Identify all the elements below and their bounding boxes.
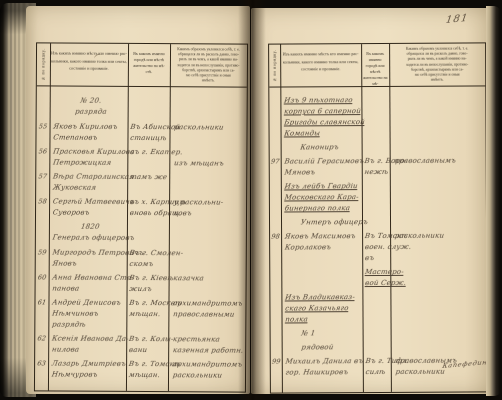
- manner-cell: [390, 291, 486, 325]
- entry-line: архимандритомъ: [172, 298, 246, 309]
- header-col-number: № по порядку.: [269, 45, 280, 87]
- entry-line: Мастеро-: [364, 267, 391, 278]
- entry-line: Изъ 9 пѣхотнаго: [283, 95, 362, 106]
- residence-cell: [128, 96, 170, 118]
- entry-line: Королаковъ: [284, 242, 363, 253]
- table-row: 55Яковъ КириловъСтепановъВъ Абинскойстан…: [36, 121, 246, 144]
- entry-line: раскольники: [174, 122, 247, 133]
- name-cell: Сергѣй МатвеевичъСуворовъ: [49, 196, 127, 218]
- entry-line: скомъ: [129, 259, 171, 270]
- name-cell: Андрей ДенисовъНѣмчиновъразрядѣ: [48, 297, 126, 330]
- entry-line: Мяновъ: [284, 167, 363, 178]
- entry-line: раскольники: [172, 370, 247, 381]
- name-cell: Яковъ МаксимовъКоролаковъ: [281, 231, 362, 264]
- name-cell: Михаилъ Данила въгор. Нашкировъ: [282, 356, 363, 378]
- entry-line: мѣщан.: [128, 370, 170, 381]
- residence-cell: въ г. Екатер.: [127, 147, 169, 169]
- header-col-names: Изъ какихъ имянно мѣстъ кто именно рас-к…: [280, 44, 361, 86]
- row-number-cell: 59: [36, 247, 49, 269]
- rank-label: Канониръ: [270, 141, 486, 153]
- table-row: 63Лазарь ДмитріевъНѣмчуровъВъ г. Томскѣм…: [35, 358, 245, 381]
- header-line: имѣетъ.: [170, 78, 247, 84]
- entry-line: Въ г. Воро-: [364, 156, 391, 167]
- entry-line: Андрей Денисовъ: [51, 297, 128, 308]
- table-row: 56Прасковья КириловаПетрожицкаявъ г. Ека…: [36, 146, 246, 169]
- table-row: 58Сергѣй МатвеевичъСуворовъвъ х. Карпицѣ…: [36, 196, 246, 219]
- entry-line: тамъ же: [129, 172, 171, 183]
- manner-cell: казачка: [169, 273, 246, 295]
- name-cell: Изъ лейбъ ГвардіиМосковскаго Кара-бинерн…: [281, 181, 362, 214]
- table-body: № 20.разряда55Яковъ КириловъСтепановъВъ …: [35, 86, 247, 391]
- row-number: 58: [35, 196, 50, 207]
- table-row: 97Василій ГерасимовъМяновъВъ г. Воро-неж…: [270, 155, 486, 178]
- residence-cell: Въ Абинскойстаницѣ: [127, 122, 169, 144]
- entry-line: Канониръ: [284, 142, 363, 153]
- entry-line: Жуковская: [52, 182, 129, 193]
- name-cell: Ксенія Иванова Да-нилова: [48, 333, 126, 355]
- table-row: 62Ксенія Иванова Да-ниловаВъ г. Колы-ван…: [35, 333, 245, 356]
- manner-cell: православнымъ: [390, 155, 486, 178]
- entry-line: Яновъ: [52, 258, 129, 269]
- entry-line: Ксенія Иванова Да-: [51, 333, 128, 344]
- entry-line: православными: [172, 309, 246, 320]
- residence-cell: Въ Томскѣвоен. служ.въ: [362, 231, 390, 264]
- entry-line: вновь обращ.: [129, 208, 171, 219]
- residence-cell: Въ г. Кіевѣжилъ: [127, 273, 169, 295]
- row-number-cell: [269, 96, 280, 140]
- entry-line: Яковъ Кириловъ: [53, 121, 130, 132]
- entry-line: изъ мѣщанъ: [173, 158, 246, 169]
- name-cell: Канониръ: [281, 142, 362, 153]
- header-line: жительство на мѣ-: [361, 75, 389, 86]
- header-col-residence: Въ какомъ имянногородѣ или мѣстѣжительст…: [128, 44, 170, 86]
- entry-line: Въ г. Москвѣ: [128, 298, 170, 309]
- row-number-cell: 63: [35, 358, 48, 380]
- rank-label: № 1: [271, 327, 487, 339]
- left-page: № по порядку.Изъ какихъ имянно мѣстъ кто…: [26, 6, 250, 394]
- manner-cell: [389, 94, 485, 139]
- residence-cell: Мастеро-вой Серж.: [362, 267, 390, 289]
- entry-line: бинернаго полка: [284, 203, 363, 214]
- entry-line: разряда: [53, 106, 130, 117]
- row-number-cell: 57: [36, 171, 49, 193]
- margin-note: Мастеро-вой Серж.: [270, 266, 486, 289]
- unit-heading: Изъ 9 пѣхотнагокорпуса 6 сапернойБригады…: [269, 94, 485, 139]
- entry-line: въ х. Карпицѣ: [129, 197, 171, 208]
- table-row: 57Вѣра СтаролинскаяЖуковскаятамъ же: [36, 171, 246, 194]
- name-cell: Изъ Владикавказ-скаго Казачьягополка: [281, 292, 362, 325]
- table-header: № по порядку.Изъ какихъ имянно мѣстъ кто…: [269, 43, 485, 87]
- entry-line: 1820: [52, 221, 129, 232]
- name-cell: № 20.разряда: [50, 95, 128, 117]
- entry-line: Въ г. Смолен-: [129, 248, 171, 259]
- unit-heading: Изъ Владикавказ-скаго Казачьягополка: [270, 291, 486, 325]
- entry-line: Бригады славянской: [284, 117, 363, 128]
- entry-line: силѣ: [365, 367, 392, 378]
- rank-label: рядовой: [271, 341, 487, 353]
- manner-cell: архимандритомъправославными: [168, 298, 245, 331]
- unit-heading: Изъ лейбъ ГвардіиМосковскаго Кара-бинерн…: [270, 180, 486, 214]
- header-line: имѣетъ.: [389, 78, 485, 84]
- residence-cell: Въ г. Тифл.силѣ: [363, 356, 391, 378]
- name-cell: Прасковья КириловаПетрожицкая: [49, 146, 127, 168]
- entry-line: въ: [364, 253, 391, 264]
- header-line: Въ какомъ имянно: [361, 51, 389, 63]
- row-number: 62: [35, 333, 49, 344]
- row-number-cell: 98: [270, 232, 281, 265]
- row-number: 99: [270, 357, 282, 368]
- header-col-names: Изъ какихъ имянно мѣстъ кто именно рас-к…: [50, 43, 128, 85]
- residence-cell: Въ г. Томскѣмѣщан.: [126, 359, 168, 381]
- row-number-cell: 61: [35, 297, 48, 330]
- residence-cell: [363, 328, 391, 339]
- name-cell: рядовой: [282, 342, 363, 353]
- entry-line: Яковъ Максимовъ: [284, 231, 363, 242]
- row-number-cell: [270, 293, 281, 326]
- row-number: 56: [36, 146, 51, 157]
- book-gutter-shadow: [238, 0, 266, 400]
- row-number-cell: [270, 268, 281, 290]
- residence-cell: тамъ же: [127, 172, 169, 194]
- entry-line: Въ г. Колы-: [128, 334, 170, 345]
- row-number-cell: [270, 143, 281, 154]
- right-page-edge: [486, 6, 502, 396]
- entry-line: ковъ: [173, 208, 247, 219]
- manner-cell: [390, 216, 486, 228]
- entry-line: воен. служ.: [364, 242, 391, 253]
- entry-line: Въ г. Кіевѣ: [129, 273, 171, 284]
- row-number-cell: 55: [36, 121, 49, 143]
- entry-line: раскольники: [394, 230, 487, 241]
- entry-line: разрядѣ: [51, 319, 128, 330]
- page-number: 181: [445, 13, 469, 26]
- name-cell: Унтеръ офицеръ: [281, 217, 362, 228]
- entry-line: № 1: [285, 328, 364, 339]
- entry-line: Михаилъ Данила въ: [285, 356, 364, 367]
- manner-cell: крестьянкаказенная работн.: [168, 334, 245, 356]
- row-number: 63: [35, 358, 49, 369]
- entry-line: Нѣмчуровъ: [51, 369, 128, 380]
- entry-line: Унтеръ офицеръ: [284, 217, 363, 228]
- entry-line: православнымъ: [394, 155, 487, 166]
- row-number-cell: 56: [36, 146, 49, 168]
- entry-line: Миргородъ Петровичъ: [52, 247, 129, 258]
- header-line: состояніе и прозваніе.: [50, 64, 128, 72]
- entry-line: крестьянка: [172, 334, 247, 345]
- name-cell: Василій ГерасимовъМяновъ: [281, 156, 362, 178]
- entry-line: Московскаго Кара-: [284, 192, 363, 203]
- header-line: состояніе и прозваніе.: [280, 65, 361, 73]
- row-number-cell: [270, 182, 281, 215]
- entry-line: мѣщан.: [128, 309, 170, 320]
- row-number: 61: [35, 297, 49, 308]
- entry-line: казачка: [173, 273, 247, 284]
- manner-cell: раскольники: [169, 122, 246, 144]
- entry-line: нежѣ: [364, 167, 391, 178]
- header-col-manner: Какимъ образомъ уклонился себѣ, т. е.обр…: [170, 44, 247, 86]
- entry-line: скаго Казачьяго: [285, 303, 364, 314]
- residence-cell: [363, 342, 391, 353]
- manner-cell: [390, 141, 486, 153]
- entry-line: Въ г. Томскѣ: [128, 359, 170, 370]
- left-register-table: № по порядку.Изъ какихъ имянно мѣстъ кто…: [34, 42, 248, 392]
- entry-line: Изъ Владикавказ-: [284, 292, 363, 303]
- row-number-cell: [36, 221, 49, 243]
- entry-line: казенная работн.: [172, 345, 247, 356]
- header-line: Изъ какихъ имянно мѣстъ кто именно рас-: [280, 50, 361, 58]
- row-number-cell: 97: [270, 157, 281, 179]
- entry-line: гор. Нашкировъ: [285, 367, 364, 378]
- name-cell: [281, 267, 362, 289]
- name-cell: № 1: [282, 328, 363, 339]
- entry-line: рядовой: [285, 342, 364, 353]
- residence-cell: Въ г. Смолен-скомъ: [127, 248, 169, 270]
- name-cell: Изъ 9 пѣхотнагокорпуса 6 сапернойБригады…: [280, 95, 361, 139]
- header-col-residence: Въ какомъ имянногородѣ или мѣстѣжительст…: [361, 44, 389, 86]
- residence-cell: [362, 181, 390, 214]
- row-number-cell: [271, 329, 282, 340]
- entry-line: жилъ: [129, 284, 171, 295]
- entry-line: у раскольни-: [173, 197, 247, 208]
- entry-line: Петрожицкая: [52, 157, 129, 168]
- residence-cell: [362, 292, 390, 325]
- manner-cell: [170, 96, 247, 118]
- entry-line: Василій Герасимовъ: [284, 156, 363, 167]
- table-row: 60Анна Ивановна Сте-пановаВъ г. Кіевѣжил…: [36, 272, 246, 295]
- manner-cell: архимандритомъраскольники: [168, 359, 245, 381]
- residence-cell: [361, 95, 389, 139]
- entry-line: Суворовъ: [52, 207, 129, 218]
- row-number-cell: 58: [36, 196, 49, 218]
- name-cell: Вѣра СтаролинскаяЖуковская: [49, 171, 127, 193]
- entry-line: Команды: [284, 128, 363, 139]
- row-number-cell: 60: [36, 272, 49, 294]
- entry-line: нилова: [51, 344, 128, 355]
- rank-label: Унтеръ офицеръ: [270, 216, 486, 228]
- entry-line: полка: [285, 314, 364, 325]
- entry-line: Изъ лейбъ Гвардіи: [284, 181, 363, 192]
- manner-cell: [169, 172, 246, 194]
- table-row: 59Миргородъ ПетровичъЯновъВъ г. Смолен-с…: [36, 247, 246, 270]
- header-col-number: № по порядку.: [37, 43, 50, 85]
- manner-cell: [169, 222, 246, 244]
- section-heading: № 20.разряда: [37, 95, 247, 118]
- right-page: 181 № по порядку.Изъ какихъ имянно мѣстъ…: [251, 8, 494, 394]
- row-number: 59: [35, 247, 50, 258]
- entry-line: вой Серж.: [364, 278, 391, 289]
- entry-line: архимандритомъ: [172, 359, 247, 370]
- row-number-cell: 99: [271, 357, 282, 379]
- residence-cell: Въ г. Москвѣмѣщан.: [126, 298, 168, 331]
- entry-line: Въ г. Тифл.: [365, 356, 392, 367]
- row-number: 57: [35, 171, 50, 182]
- residence-cell: Въ г. Колы-вани: [126, 334, 168, 356]
- entry-line: вани: [128, 345, 170, 356]
- right-register-table: № по порядку.Изъ какихъ имянно мѣстъ кто…: [268, 42, 488, 393]
- entry-line: Степановъ: [52, 132, 129, 143]
- residence-cell: Въ г. Воро-нежѣ: [362, 156, 390, 178]
- table-header: № по порядку.Изъ какихъ имянно мѣстъ кто…: [37, 43, 247, 87]
- manner-cell: [390, 180, 486, 214]
- entry-line: № 20.: [53, 95, 130, 106]
- entry-line: корпуса 6 саперной: [283, 106, 362, 117]
- header-line: Изъ какихъ имянно мѣстъ кто именно рас-: [50, 49, 128, 57]
- manner-cell: [391, 327, 487, 339]
- entry-line: Сергѣй Матвеевичъ: [52, 196, 129, 207]
- manner-cell: у раскольни-ковъ: [169, 197, 246, 219]
- row-number: 97: [269, 157, 281, 168]
- scanned-book-photo: № по порядку.Изъ какихъ имянно мѣстъ кто…: [0, 0, 502, 400]
- entry-line: Нѣмчиновъ: [51, 308, 128, 319]
- entry-line: Въ Абинской: [130, 122, 172, 133]
- entry-line: Вѣра Старолинская: [52, 171, 129, 182]
- entry-line: Прасковья Кирилова: [52, 146, 129, 157]
- entry-line: Лазарь Дмитріевъ: [51, 358, 128, 369]
- section-heading: 1820Генералъ офицеровъ: [36, 221, 246, 244]
- name-cell: Миргородъ ПетровичъЯновъ: [49, 247, 127, 269]
- manner-cell: [391, 341, 487, 353]
- row-number: 60: [35, 272, 49, 283]
- entry-line: въ г. Екатер.: [129, 147, 171, 158]
- table-row: 98Яковъ МаксимовъКоролаковъВъ Томскѣвоен…: [270, 230, 486, 264]
- entry-line: Генералъ офицеровъ: [52, 232, 129, 243]
- name-cell: 1820Генералъ офицеровъ: [49, 221, 127, 243]
- name-cell: Яковъ КириловъСтепановъ: [49, 121, 127, 143]
- header-col-manner: Какимъ образомъ уклонился себѣ, т. е.обр…: [389, 43, 485, 86]
- residence-cell: въ х. Карпицѣвновь обращ.: [127, 197, 169, 219]
- row-number-cell: [271, 343, 282, 354]
- entry-line: панова: [52, 283, 129, 294]
- name-cell: Анна Ивановна Сте-панова: [49, 272, 127, 294]
- table-body: Изъ 9 пѣхотнагокорпуса 6 сапернойБригады…: [269, 86, 487, 392]
- header-line: стѣ.: [128, 69, 170, 75]
- residence-cell: [362, 142, 390, 153]
- header-line: городѣ или мѣстѣ: [361, 63, 389, 75]
- table-row: 61Андрей ДенисовъНѣмчиновъразрядѣВъ г. М…: [35, 297, 245, 331]
- row-number: 98: [269, 232, 281, 243]
- row-number-cell: 62: [35, 333, 48, 355]
- entry-line: станицѣ: [129, 133, 171, 144]
- entry-line: раскольники: [395, 366, 487, 377]
- row-number: 55: [36, 121, 51, 132]
- row-number-cell: [270, 218, 281, 229]
- entry-line: Въ Томскѣ: [364, 231, 391, 242]
- entry-line: Анна Ивановна Сте-: [52, 272, 129, 283]
- row-number-cell: [37, 95, 50, 117]
- name-cell: Лазарь ДмитріевъНѣмчуровъ: [48, 358, 126, 380]
